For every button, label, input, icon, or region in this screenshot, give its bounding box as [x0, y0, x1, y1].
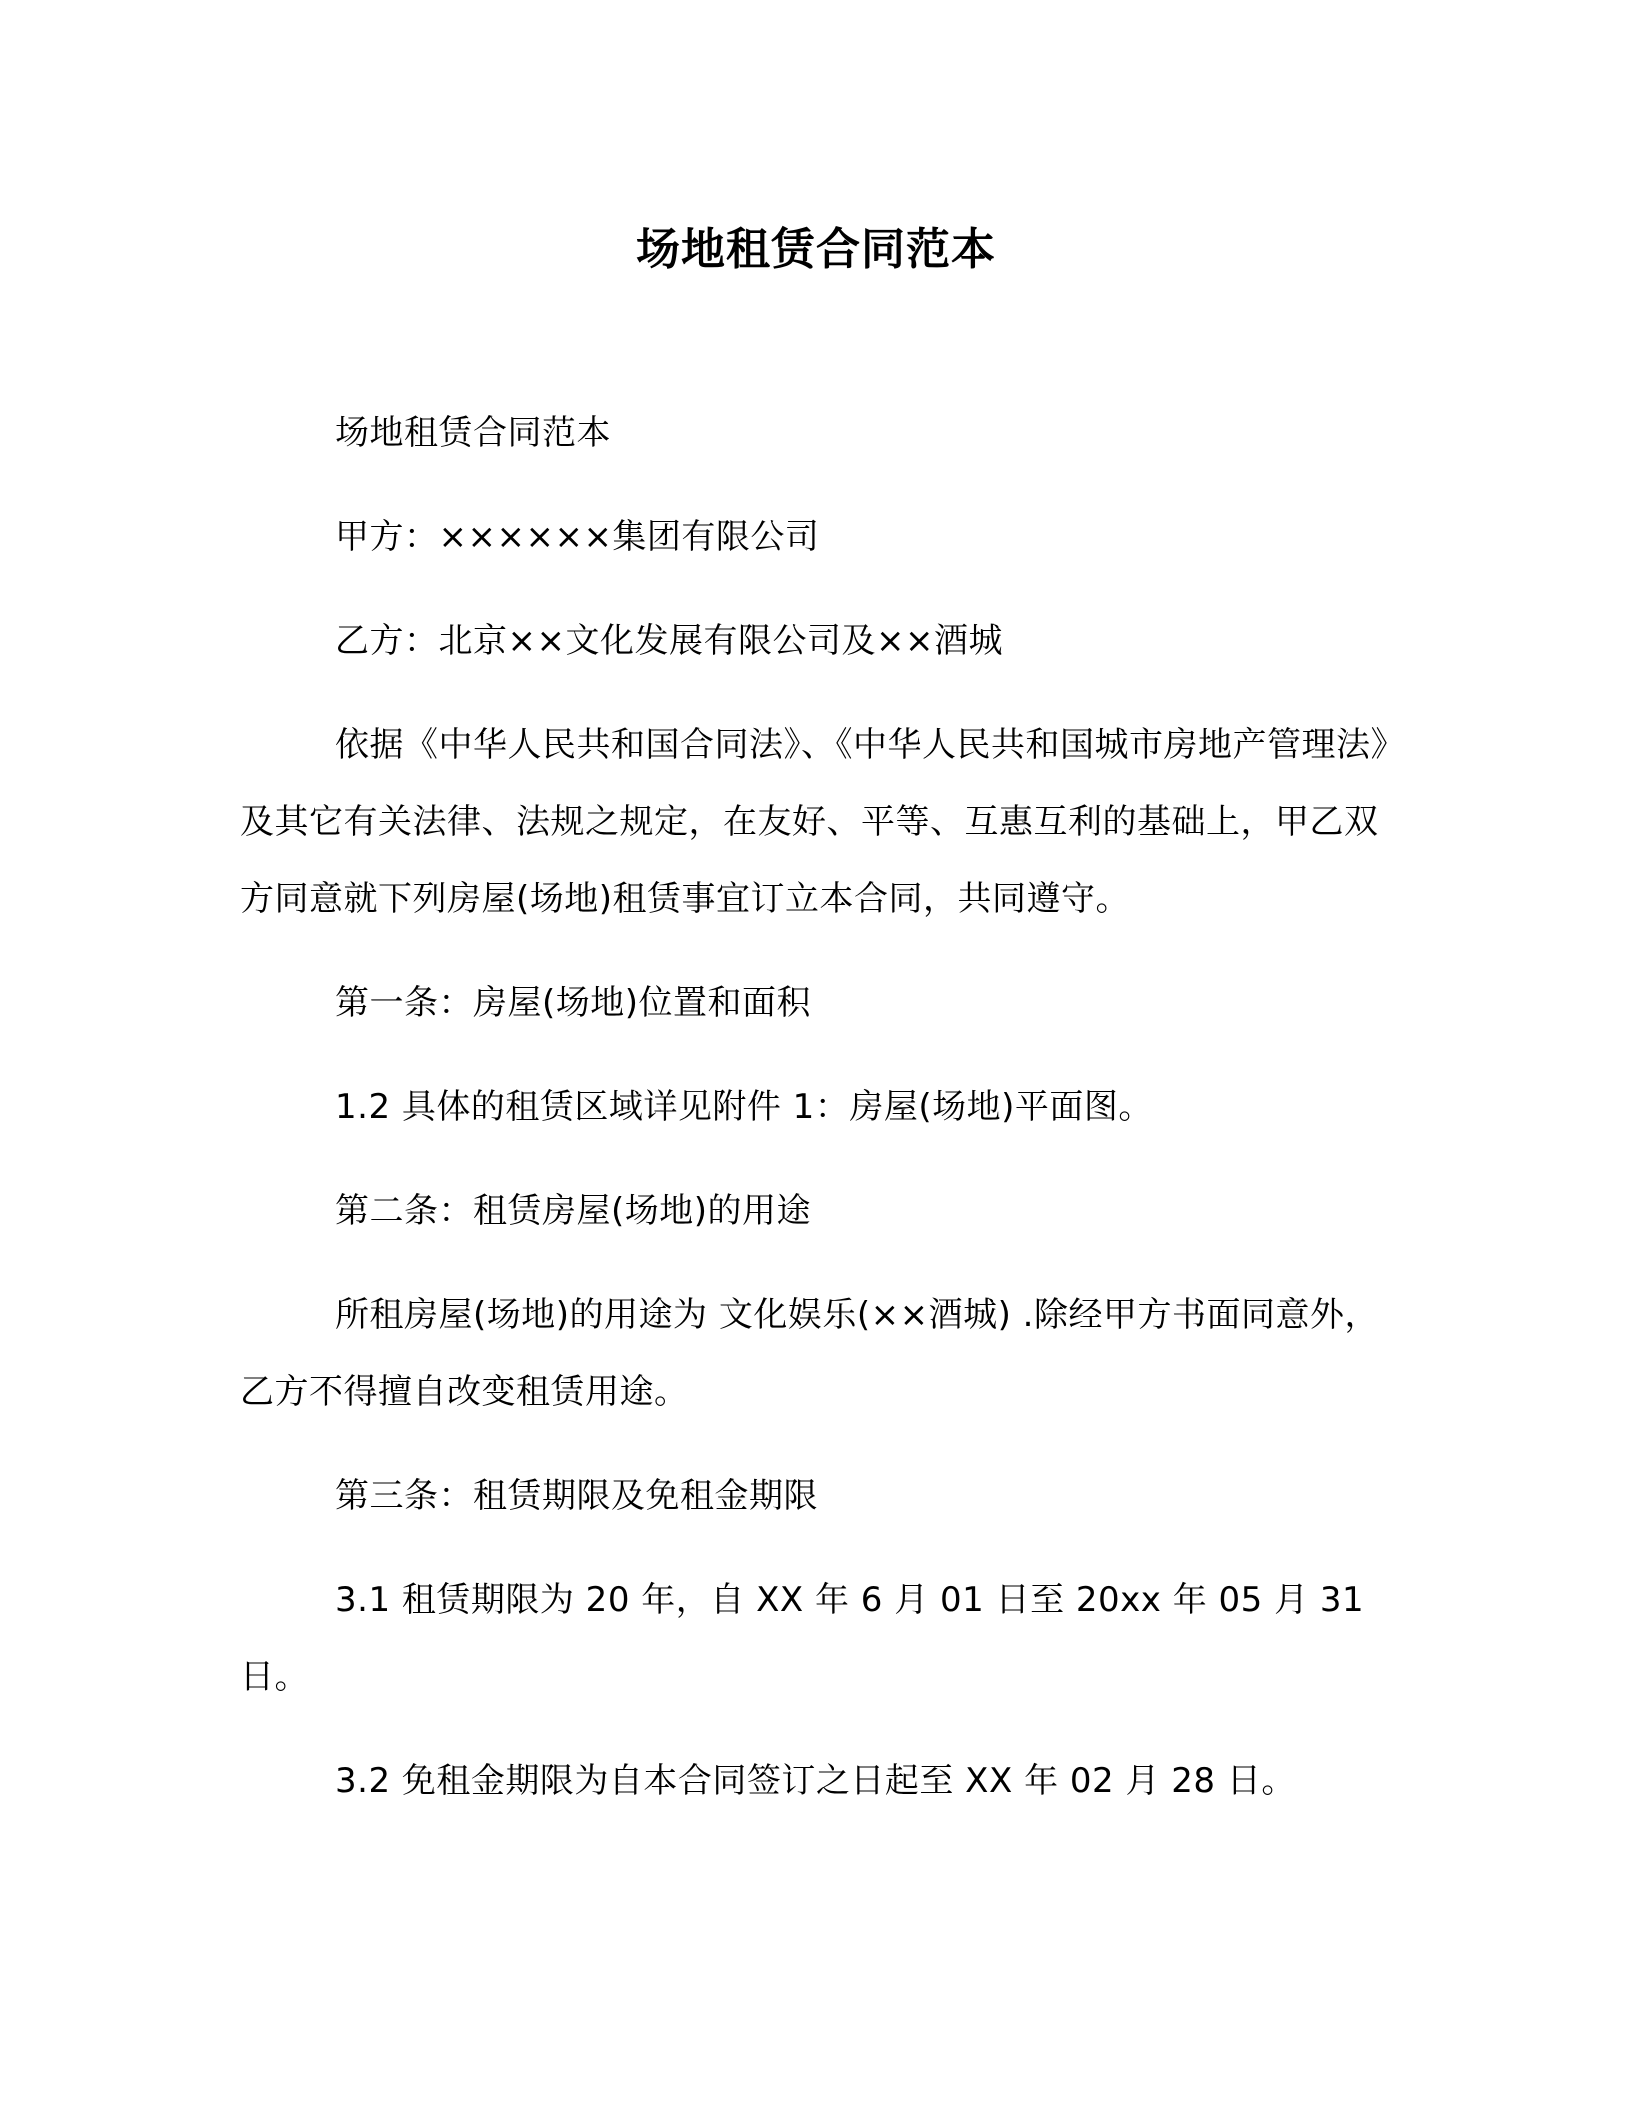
party-a-paragraph: 甲方：××××××集团有限公司: [240, 499, 1390, 576]
preamble-paragraph: 依据《中华人民共和国合同法》、《中华人民共和国城市房地产管理法》及其它有关法律、…: [240, 707, 1390, 938]
clause-3-2-paragraph: 3.2 免租金期限为自本合同签订之日起至 XX 年 02 月 28 日。: [240, 1743, 1390, 1820]
clause-3-1-paragraph: 3.1 租赁期限为 20 年，自 XX 年 6 月 01 日至 20xx 年 0…: [240, 1562, 1390, 1716]
document-title: 场地租赁合同范本: [0, 218, 1632, 282]
subtitle-paragraph: 场地租赁合同范本: [240, 395, 1390, 472]
document-page: 场地租赁合同范本 场地租赁合同范本 甲方：××××××集团有限公司 乙方：北京×…: [0, 0, 1632, 2112]
article-1-heading: 第一条：房屋(场地)位置和面积: [240, 965, 1390, 1042]
clause-1-2-paragraph: 1.2 具体的租赁区域详见附件 1：房屋(场地)平面图。: [240, 1069, 1390, 1146]
article-2-body-paragraph: 所租房屋(场地)的用途为 文化娱乐(××酒城) .除经甲方书面同意外，乙方不得擅…: [240, 1277, 1390, 1431]
party-b-paragraph: 乙方：北京××文化发展有限公司及××酒城: [240, 603, 1390, 680]
document-body: 场地租赁合同范本 甲方：××××××集团有限公司 乙方：北京××文化发展有限公司…: [240, 395, 1390, 1847]
article-2-heading: 第二条：租赁房屋(场地)的用途: [240, 1173, 1390, 1250]
article-3-heading: 第三条：租赁期限及免租金期限: [240, 1458, 1390, 1535]
